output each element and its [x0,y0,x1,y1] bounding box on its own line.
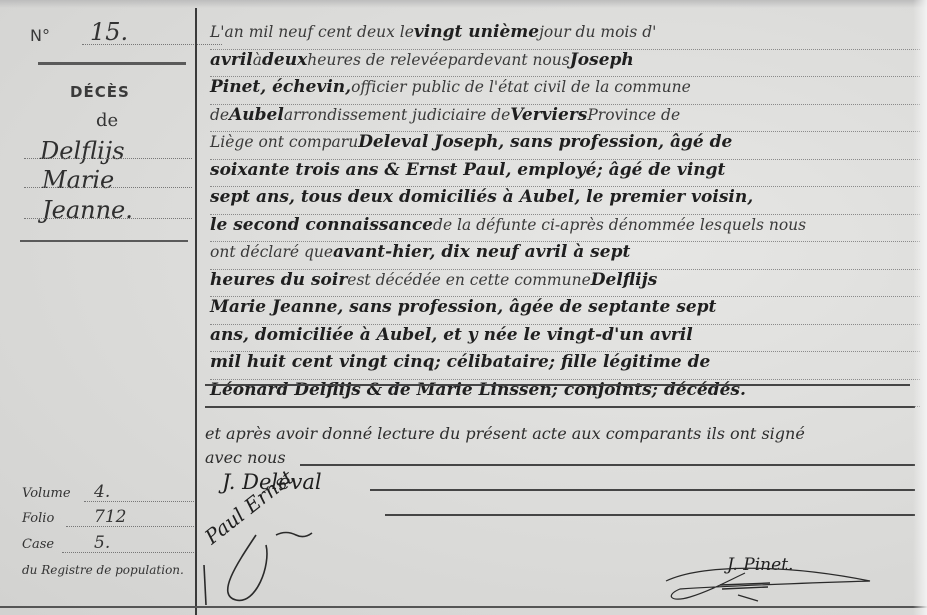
register-volume: Volume 4. [22,484,190,504]
deceased-surname: Delflijs [40,137,125,165]
closing-rule-2 [205,406,915,408]
act-line-4: de Aubel arrondissement judiciaire de Ve… [210,105,920,133]
act-text: vingt unième [414,22,539,42]
act-text: deux [262,50,307,70]
act-body: L'an mil neuf cent deux le vingt unième … [210,22,920,407]
margin-rule-top [38,62,186,65]
act-text: heures de relevée [307,51,447,69]
act-text: Liège ont comparu [210,133,358,151]
name-dotline-2 [24,187,192,188]
signature-rule-1 [370,489,915,491]
act-text: avril [210,50,253,70]
act-line-5: Liège ont comparu Deleval Joseph, sans p… [210,132,920,160]
deceased-firstname: Marie [42,166,114,194]
act-text: avant-hier, dix neuf avril à sept [333,242,630,262]
number-dotline [82,44,222,45]
margin-rule-bottom [20,240,188,242]
closing-rule-3 [300,464,915,466]
volume-value: 4. [94,482,110,502]
act-text: ans, domiciliée à Aubel, et y née le vin… [210,325,693,345]
number-value: 15. [90,18,128,46]
case-value: 5. [94,533,110,553]
folio-label: Folio [22,511,54,526]
act-text: Province de [587,106,680,124]
act-text: Léonard Delflijs & de Marie Linssen; con… [210,380,746,400]
register-footer: du Registre de population. [22,563,184,577]
closing-rule-1 [205,384,910,386]
act-text: Deleval Joseph, sans profession, âgé de [358,132,732,152]
act-line-11: Marie Jeanne, sans profession, âgée de s… [210,297,920,325]
deceased-middlename: Jeanne. [42,196,133,224]
closing-line-1: et après avoir donné lecture du présent … [205,424,920,448]
act-text: heures du soir [210,270,347,290]
folio-dotline [66,526,194,527]
act-text: Aubel [229,105,284,125]
act-text: le second connaissance [210,215,433,235]
page-bottom-rule [0,606,927,608]
act-text: Delflijs [591,270,658,290]
act-text: Pinet, échevin, [210,77,351,97]
act-text: soixante trois ans & Ernst Paul, employé… [210,160,725,180]
act-text: ont déclaré que [210,243,333,261]
act-text: sept ans, tous deux domiciliés à Aubel, … [210,187,753,207]
register-case: Case 5. [22,535,190,555]
act-line-1: L'an mil neuf cent deux le vingt unième … [210,22,920,50]
number-label: N° [30,26,50,45]
act-text: jour du mois d' [539,23,656,41]
signature-ernst-flourish [196,505,346,610]
deces-title: DÉCÈS [70,83,130,101]
act-text: de la défunte ci-après dénommée lesquels… [433,216,806,234]
act-text: Joseph [570,50,634,70]
name-dotline-3 [24,218,192,219]
act-text: L'an mil neuf cent deux le [210,23,414,41]
signature-officer-flourish [660,545,880,605]
act-text: arrondissement judiciaire de [284,106,510,124]
act-number: N° 15. [30,18,194,48]
case-dotline [62,552,194,553]
folio-value: 712 [94,507,126,527]
volume-label: Volume [22,486,71,501]
margin-column: N° 15. DÉCÈS de Delflijs Marie Jeanne. V… [0,0,197,615]
act-line-7: sept ans, tous deux domiciliés à Aubel, … [210,187,920,215]
act-line-3: Pinet, échevin, officier public de l'éta… [210,77,920,105]
act-text: Verviers [510,105,587,125]
act-line-12: ans, domiciliée à Aubel, et y née le vin… [210,325,920,353]
act-line-6: soixante trois ans & Ernst Paul, employé… [210,160,920,188]
act-line-9: ont déclaré que avant-hier, dix neuf avr… [210,242,920,270]
act-text: à [253,51,262,69]
name-dotline-1 [24,158,192,159]
volume-dotline [84,501,194,502]
act-text: est décédée en cette commune [347,271,590,289]
act-text: pardevant nous [448,51,570,69]
act-text: officier public de l'état civil de la co… [351,78,691,96]
act-text: mil huit cent vingt cinq; célibataire; f… [210,352,710,372]
register-folio: Folio 712 [22,509,190,529]
act-text: Marie Jeanne, sans profession, âgée de s… [210,297,716,317]
closing-line-2: avec nous [205,448,920,470]
death-certificate-page: N° 15. DÉCÈS de Delflijs Marie Jeanne. V… [0,0,927,615]
act-text: de [210,106,229,124]
act-line-2: avril à deux heures de relevée pardevant… [210,50,920,78]
act-line-8: le second connaissance de la défunte ci-… [210,215,920,243]
signature-rule-2 [385,514,915,516]
de-label: de [96,110,118,131]
act-line-13: mil huit cent vingt cinq; célibataire; f… [210,352,920,380]
case-label: Case [22,537,54,552]
act-line-10: heures du soir est décédée en cette comm… [210,270,920,298]
